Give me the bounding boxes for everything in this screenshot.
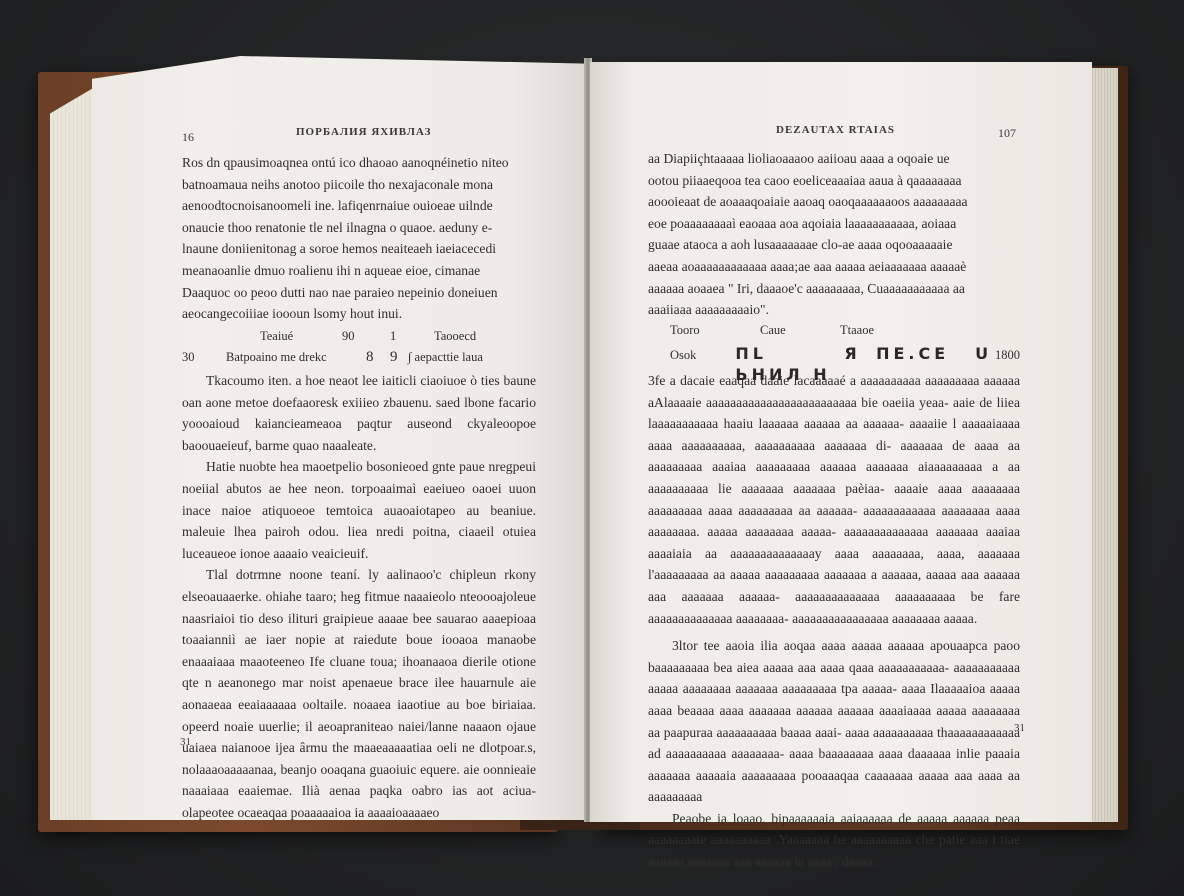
table-cell: 30 <box>182 347 226 368</box>
page-number-bottom: 31 <box>1014 722 1025 734</box>
text-line: lnaune doniienitonag a soroe hemos neait… <box>182 238 536 260</box>
paragraph: 3ltor tee aaoia ilia aoqaa aaaa aaaaa aa… <box>648 635 1020 808</box>
paragraph: Tlal dotrmne noone teaní. ly aalinaoo'c … <box>182 564 536 823</box>
table-header-row: Tooro Caue Ttaaoe <box>648 320 1020 341</box>
text-line: eoe poaaaaaaaaì eaoaaa aoa aqoiaia laaaa… <box>648 213 1020 235</box>
table-cell: Batpoaino me drekc <box>226 347 366 368</box>
text-line: aaaaaa aoaaea " Iri, daaaoe'c aaaaaaaaa,… <box>648 278 1020 300</box>
table-cell: 9 <box>390 347 408 368</box>
table-header-row: Teaiué 90 1 Taooecd <box>182 326 536 347</box>
text-line: guaae ataoca a aoh lusaaaaaaae clo-ae aa… <box>648 234 1020 256</box>
page-number-bottom: 31 <box>180 736 191 748</box>
table-header-cell: 90 <box>342 326 390 347</box>
text-line: aenoodtocnoisanoomeli ine. lafiqenrnaiue… <box>182 195 536 217</box>
table-header-cell: Taooecd <box>434 326 476 347</box>
text-line: batnoamaua neihs anotoo piicoile tho nex… <box>182 174 536 196</box>
page-edges-right <box>1090 68 1118 822</box>
intro-paragraph: aa Diapiiçhtaaaaa lioliaoaaaoo aaiioau a… <box>648 148 1020 321</box>
text-line: Tlal dotrmne noone teaní. ly aalinaoo'c … <box>206 567 504 582</box>
text-line: Peaobe ia loaao, bipaaaaaaia aaiaaaaaa d… <box>672 811 995 826</box>
text-line: Daaquoc oo peoo dutti nao nae paraieo ne… <box>182 282 536 304</box>
paragraph: Tkacoumo iten. a hoe neaot lee iaiticli … <box>182 370 536 456</box>
text-line: ootou piiaaeqooa tea caoo eoeliceaaaiaa … <box>648 170 1020 192</box>
text-line: Ros dn qpausimoaqnea ontú ico dhaoao aan… <box>182 152 536 174</box>
text-line: naianooe ijea ârmu the maaeaaaaatiaa oel… <box>221 740 536 755</box>
page-number-top: 107 <box>998 126 1016 141</box>
text-line: Tkacoumo iten. a hoe neaot lee iaiticli … <box>206 373 504 388</box>
text-line: aa Diapiiçhtaaaaa lioliaoaaaoo aaiioau a… <box>648 148 1020 170</box>
body-text: Tkacoumo iten. a hoe neaot lee iaiticli … <box>182 370 536 823</box>
table: Teaiué 90 1 Taooecd 30 Batpoaino me drek… <box>182 326 536 368</box>
table-cell: U <box>975 343 995 364</box>
text-line: nolaaaoaaaaanaa, beanjo ooaqana guaoiuic… <box>182 762 483 777</box>
table-header-cell: Ttaaoe <box>840 320 874 341</box>
intro-paragraph: Ros dn qpausimoaqnea ontú ico dhaoao aan… <box>182 152 536 325</box>
paragraph: Peaobe ia loaao, bipaaaaaaia aaiaaaaaa d… <box>648 808 1020 873</box>
text-line: aaaiiaaa aaaaaaaaaio". <box>648 299 1020 321</box>
text-line: 3ltor tee aaoia ilia aoqaa aaaa aaaaa aa… <box>672 638 994 653</box>
table-header-cell: 1 <box>390 326 434 347</box>
paragraph: 3fe a dacaie eaaqaa daaie lacaaaaaé a aa… <box>648 370 1020 629</box>
table-cell: Osok <box>648 345 735 366</box>
table-cell: ∫ aepacttie laua <box>408 347 483 368</box>
running-head: ПОРБАЛИЯ ЯХИВЛАЗ <box>296 126 431 138</box>
running-head: DEZAUTAX RTAIAS <box>776 124 895 136</box>
text-line: meanaoanlie dmuo roalienu ihi n aqueae e… <box>182 260 536 282</box>
text-line: aoooieaat de aoaaaqoaiaie aaoaq oaoqaaaa… <box>648 191 1020 213</box>
text-line: onaucie thoo renatonie tle nel ilnagna o… <box>182 217 536 239</box>
table-cell: Я <box>844 343 876 364</box>
table-header-cell: Teaiué <box>260 326 342 347</box>
table-header-cell: Caue <box>760 320 840 341</box>
page-number-top: 16 <box>182 130 194 145</box>
right-page: DEZAUTAX RTAIAS 107 aa Diapiiçhtaaaaa li… <box>590 62 1092 822</box>
text-line: aaaaaaaaaaaaaaaa aaaaaaaa aaaaa. <box>792 611 977 626</box>
text-line: 3fe a dacaie eaaqaa daaie lacaaaaaé a aa… <box>648 373 984 388</box>
table-cell: 1800 <box>995 345 1020 366</box>
table-cell: ПЕ.CE <box>876 343 975 364</box>
left-page: 16 ПОРБАЛИЯ ЯХИВЛАЗ Ros dn qpausimoaqnea… <box>92 56 586 820</box>
text-line: aaeaa aoaaaaaaaaaaaa aaaa;ae aaa aaaaa a… <box>648 256 1020 278</box>
text-line: aeocangecoiiiae ioooun lsomy hout inui. <box>182 303 536 325</box>
table-header-cell: Tooro <box>670 320 760 341</box>
table-row: 30 Batpoaino me drekc 8 9 ∫ aepacttie la… <box>182 347 536 368</box>
table-cell: 8 <box>366 347 390 368</box>
text-line: Hatie nuobte hea maoetpelio bosonieoed g… <box>206 459 488 474</box>
paragraph: Hatie nuobte hea maoetpelio bosonieoed g… <box>182 456 536 564</box>
body-text: 3fe a dacaie eaaqaa daaie lacaaaaaé a aa… <box>648 370 1020 873</box>
